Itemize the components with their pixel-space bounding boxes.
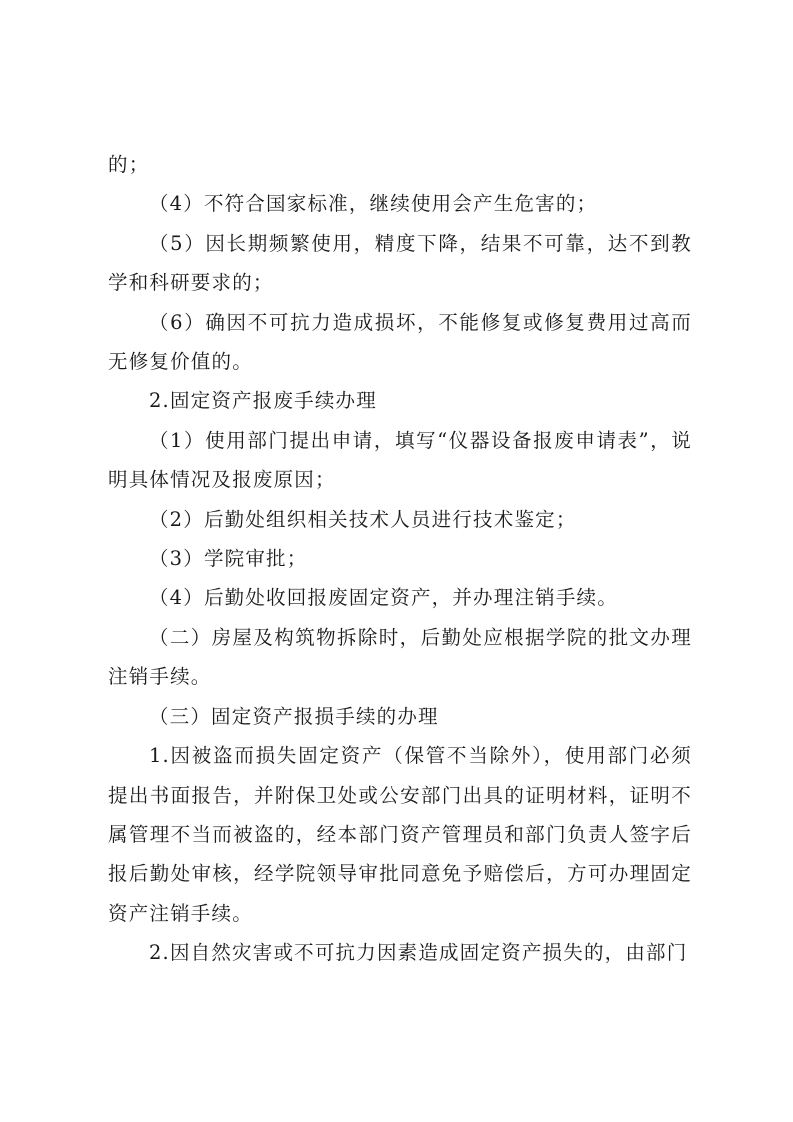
paragraph-section-2-demolition: （二）房屋及构筑物拆除时，后勤处应根据学院的批文办理注销手续。 — [108, 618, 692, 697]
document-page: 的； （4）不符合国家标准，继续使用会产生危害的； （5）因长期频繁使用，精度下… — [108, 145, 692, 973]
paragraph-loss-theft: 1.因被盗而损失固定资产（保管不当除外），使用部门必须提出书面报告，并附保卫处或… — [108, 736, 692, 933]
paragraph-item-6-force-majeure: （6）确因不可抗力造成损坏，不能修复或修复费用过高而无修复价值的。 — [108, 303, 692, 382]
paragraph-item-4-standards: （4）不符合国家标准，继续使用会产生危害的； — [108, 184, 692, 223]
paragraph-loss-disaster: 2.因自然灾害或不可抗力因素造成固定资产损失的，由部门 — [108, 933, 692, 972]
paragraph-step-3-approval: （3）学院审批； — [108, 539, 692, 578]
section-heading-loss-procedure: （三）固定资产报损手续的办理 — [108, 697, 692, 736]
section-heading-scrap-procedure: 2.固定资产报废手续办理 — [108, 381, 692, 420]
paragraph-continuation: 的； — [108, 145, 692, 184]
paragraph-step-1-apply: （1）使用部门提出申请，填写“仪器设备报废申请表”，说明具体情况及报废原因； — [108, 421, 692, 500]
paragraph-item-5-precision: （5）因长期频繁使用，精度下降，结果不可靠，达不到教学和科研要求的； — [108, 224, 692, 303]
paragraph-step-2-appraisal: （2）后勤处组织相关技术人员进行技术鉴定； — [108, 500, 692, 539]
paragraph-step-4-recover: （4）后勤处收回报废固定资产，并办理注销手续。 — [108, 578, 692, 617]
